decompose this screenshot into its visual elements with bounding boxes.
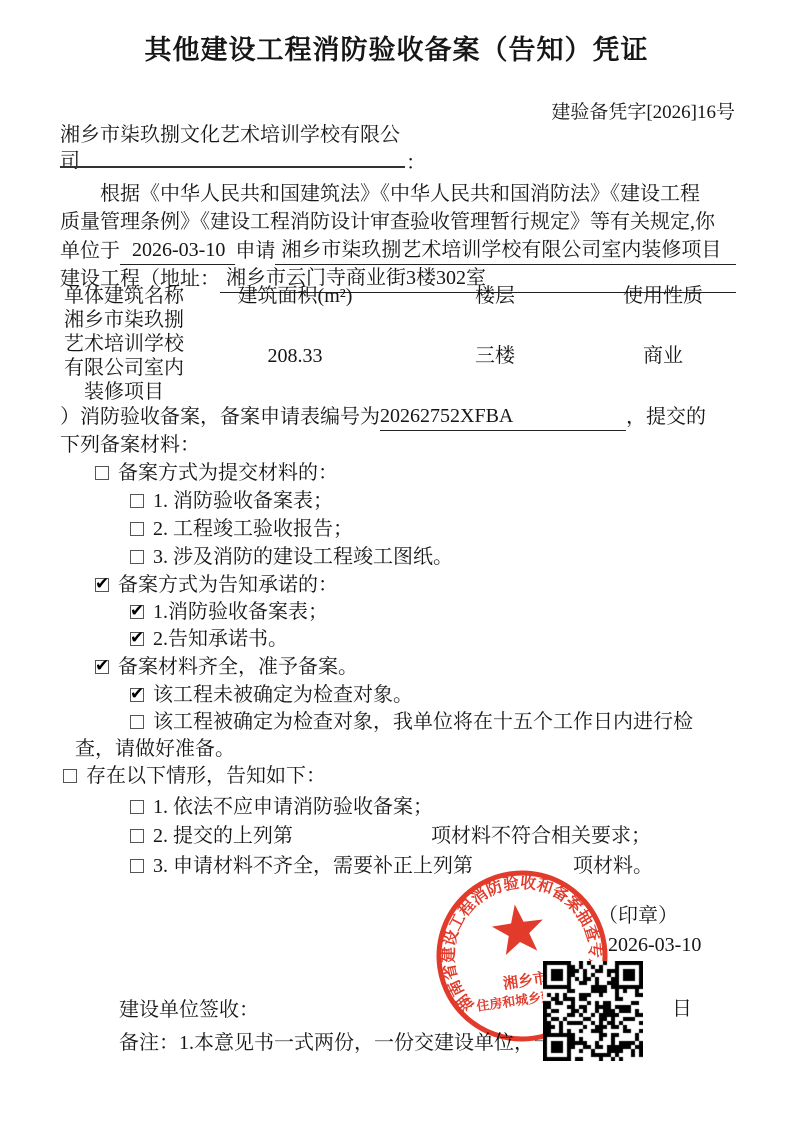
col-header-floor: 楼层	[400, 284, 590, 308]
checklist-item: 1. 消防验收备案表；	[130, 489, 333, 513]
checkbox[interactable]	[130, 605, 144, 619]
table-row: 湘乡市柒玖捌 艺术培训学校 有限公司室内 装修项目 208.33 三楼 商业	[58, 308, 736, 404]
checkbox[interactable]	[95, 578, 109, 592]
filing-pre: ）消防验收备案，备案申请表编号为	[60, 403, 380, 431]
checklist-item-continuation: 查，请做好准备。	[75, 737, 235, 761]
checklist-item: 2. 提交的上列第项材料不符合相关要求；	[130, 824, 651, 848]
checkbox[interactable]	[130, 522, 144, 536]
intro-line-1: 根据《中华人民共和国建筑法》《中华人民共和国消防法》《建设工程	[60, 180, 736, 208]
filing-number-field: 20262752XFBA	[380, 402, 626, 431]
project-name-field: 湘乡市柒玖捌艺术培训学校有限公司室内装修项目	[275, 236, 736, 265]
sign-receipt-label: 建设单位签收：	[119, 998, 259, 1022]
stamp-note: （印章）	[598, 904, 678, 928]
col-header-usage: 使用性质	[590, 284, 736, 308]
checklist-item: 备案方式为告知承诺的：	[95, 573, 338, 597]
checkbox[interactable]	[95, 660, 109, 674]
intro-line3-pre: 单位于	[60, 237, 120, 265]
intro-line3-mid: 申请	[235, 237, 275, 265]
checklist-item: 该工程未被确定为检查对象。	[130, 683, 413, 707]
cell-floor: 三楼	[400, 308, 590, 404]
checkbox[interactable]	[63, 769, 77, 783]
page-title: 其他建设工程消防验收备案（告知）凭证	[0, 28, 793, 67]
checklist-item: 该工程被确定为检查对象，我单位将在十五个工作日内进行检	[130, 710, 693, 734]
intro-line-3: 单位于 2026-03-10 申请 湘乡市柒玖捌艺术培训学校有限公司室内装修项目	[60, 236, 736, 265]
cell-area: 208.33	[190, 308, 400, 404]
checkbox[interactable]	[95, 466, 109, 480]
checklist-item: 备案方式为提交材料的：	[95, 461, 338, 485]
checkbox[interactable]	[130, 829, 144, 843]
checkbox[interactable]	[130, 632, 144, 646]
stamp-date: 2026-03-10	[608, 933, 701, 957]
building-table: 单体建筑名称 建筑面积(m²) 楼层 使用性质 湘乡市柒玖捌 艺术培训学校 有限…	[58, 284, 736, 404]
checklist-item: 存在以下情形，告知如下：	[63, 764, 326, 788]
checkbox[interactable]	[130, 688, 144, 702]
company-underline	[60, 166, 405, 168]
col-header-area: 建筑面积(m²)	[190, 284, 400, 308]
checkbox[interactable]	[130, 550, 144, 564]
day-suffix: 日	[672, 997, 692, 1021]
intro-line-2: 质量管理条例》《建设工程消防设计审查验收管理暂行规定》等有关规定,你	[60, 208, 736, 236]
checkbox[interactable]	[130, 859, 144, 873]
filing-line: ）消防验收备案，备案申请表编号为 20262752XFBA ，提交的	[60, 402, 736, 431]
checklist-item: 1. 依法不应申请消防验收备案；	[130, 795, 433, 819]
checkbox[interactable]	[130, 494, 144, 508]
checkbox[interactable]	[130, 715, 144, 729]
filing-post: ，提交的	[626, 403, 706, 431]
col-header-building-name: 单体建筑名称	[58, 284, 190, 308]
checklist-item: 1.消防验收备案表；	[130, 600, 328, 624]
doc-number: 建验备凭字[2026]16号	[551, 97, 735, 124]
checklist-item: 2.告知承诺书。	[130, 627, 288, 651]
checklist-item: 3. 涉及消防的建设工程竣工图纸。	[130, 545, 453, 569]
certificate-page: 其他建设工程消防验收备案（告知）凭证 建验备凭字[2026]16号 湘乡市柒玖捌…	[0, 0, 793, 1122]
cell-building-name: 湘乡市柒玖捌 艺术培训学校 有限公司室内 装修项目	[58, 308, 190, 404]
qr-code	[543, 961, 643, 1061]
apply-date-field: 2026-03-10	[120, 236, 235, 265]
cell-usage: 商业	[590, 308, 736, 404]
seal-star	[489, 901, 547, 956]
filing-line-2: 下列备案材料：	[60, 431, 736, 459]
company-colon: ：	[406, 146, 426, 175]
checklist-item: 备案材料齐全，准予备案。	[95, 655, 358, 679]
checkbox[interactable]	[130, 800, 144, 814]
checklist-item: 2. 工程竣工验收报告；	[130, 517, 353, 541]
